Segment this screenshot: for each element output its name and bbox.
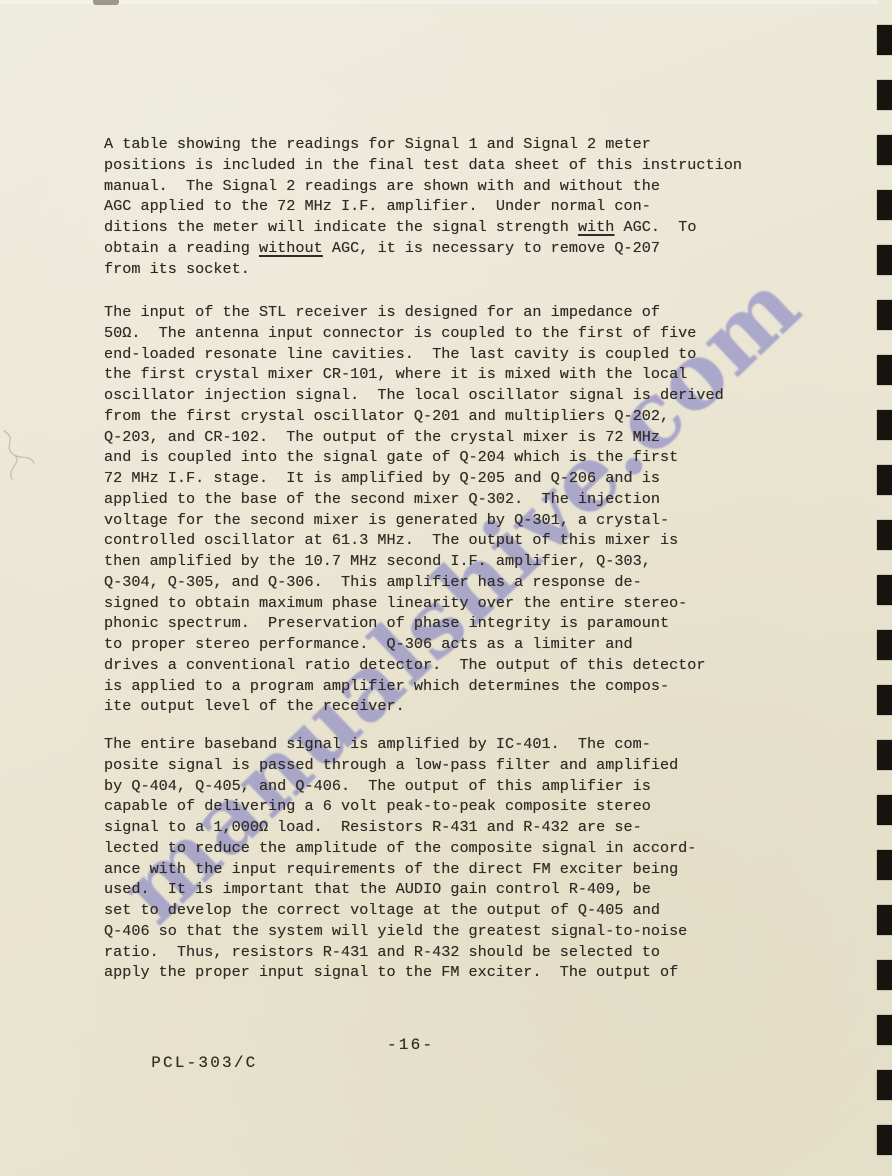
text-line: is applied to a program amplifier which … [104, 676, 764, 697]
binding-mark [877, 465, 892, 495]
line-text: phonic spectrum. Preservation of phase i… [104, 614, 669, 632]
line-text: ditions the meter will indicate the sign… [104, 218, 578, 236]
document-number: PCL-303/C [151, 1054, 257, 1072]
text-line: ratio. Thus, resistors R-431 and R-432 s… [104, 942, 764, 963]
line-text: A table showing the readings for Signal … [104, 135, 651, 153]
text-line: 50Ω. The antenna input connector is coup… [104, 323, 764, 344]
binding-mark [877, 685, 892, 715]
text-line: set to develop the correct voltage at th… [104, 900, 764, 921]
line-text: signal to a 1,000Ω load. Resistors R-431… [104, 818, 642, 836]
line-text: oscillator injection signal. The local o… [104, 386, 724, 404]
paragraph-baseband-signal: The entire baseband signal is amplified … [104, 734, 764, 983]
line-text: ite output level of the receiver. [104, 697, 405, 715]
text-line: the first crystal mixer CR-101, where it… [104, 364, 764, 385]
text-line: ance with the input requirements of the … [104, 859, 764, 880]
paragraph-receiver-input: The input of the STL receiver is designe… [104, 302, 764, 717]
text-line: positions is included in the final test … [104, 155, 764, 176]
text-line: signed to obtain maximum phase linearity… [104, 593, 764, 614]
paragraph-signal-readings: A table showing the readings for Signal … [104, 134, 764, 279]
text-line: from the first crystal oscillator Q-201 … [104, 406, 764, 427]
line-text: end-loaded resonate line cavities. The l… [104, 345, 696, 363]
text-line: voltage for the second mixer is generate… [104, 510, 764, 531]
pencil-squiggle [0, 425, 38, 485]
underlined-word: with [578, 218, 614, 236]
binding-mark [877, 960, 892, 990]
page-content: A table showing the readings for Signal … [0, 0, 892, 1176]
text-line: The input of the STL receiver is designe… [104, 302, 764, 323]
text-line: oscillator injection signal. The local o… [104, 385, 764, 406]
binding-mark [877, 355, 892, 385]
binding-mark [877, 795, 892, 825]
text-line: signal to a 1,000Ω load. Resistors R-431… [104, 817, 764, 838]
underlined-word: without [259, 239, 323, 257]
line-text: 50Ω. The antenna input connector is coup… [104, 324, 696, 342]
line-text: drives a conventional ratio detector. Th… [104, 656, 706, 674]
binding-mark [877, 630, 892, 660]
text-line: lected to reduce the amplitude of the co… [104, 838, 764, 859]
line-text: obtain a reading [104, 239, 259, 257]
line-text: AGC. To [614, 218, 696, 236]
binding-mark [877, 850, 892, 880]
line-text: 72 MHz I.F. stage. It is amplified by Q-… [104, 469, 660, 487]
text-line: The entire baseband signal is amplified … [104, 734, 764, 755]
text-line: Q-304, Q-305, and Q-306. This amplifier … [104, 572, 764, 593]
binding-mark [877, 245, 892, 275]
text-line: Q-203, and CR-102. The output of the cry… [104, 427, 764, 448]
line-text: controlled oscillator at 61.3 MHz. The o… [104, 531, 678, 549]
line-text: the first crystal mixer CR-101, where it… [104, 365, 687, 383]
text-line: from its socket. [104, 259, 764, 280]
binding-mark [877, 410, 892, 440]
line-text: The input of the STL receiver is designe… [104, 303, 660, 321]
line-text: ance with the input requirements of the … [104, 860, 678, 878]
text-line: capable of delivering a 6 volt peak-to-p… [104, 796, 764, 817]
text-line: and is coupled into the signal gate of Q… [104, 447, 764, 468]
binding-mark [877, 190, 892, 220]
page-footer: PCL-303/C -16- [104, 1036, 764, 1062]
line-text: by Q-404, Q-405, and Q-406. The output o… [104, 777, 651, 795]
binding-marks-column [876, 0, 892, 1176]
text-line: AGC applied to the 72 MHz I.F. amplifier… [104, 196, 764, 217]
binding-mark [877, 905, 892, 935]
binding-mark [877, 520, 892, 550]
binding-mark [877, 80, 892, 110]
binding-mark [877, 1125, 892, 1155]
text-line: Q-406 so that the system will yield the … [104, 921, 764, 942]
text-line: end-loaded resonate line cavities. The l… [104, 344, 764, 365]
line-text: from the first crystal oscillator Q-201 … [104, 407, 669, 425]
line-text: then amplified by the 10.7 MHz second I.… [104, 552, 651, 570]
line-text: is applied to a program amplifier which … [104, 677, 669, 695]
binding-mark [877, 25, 892, 55]
text-line: then amplified by the 10.7 MHz second I.… [104, 551, 764, 572]
line-text: The entire baseband signal is amplified … [104, 735, 651, 753]
text-line: ditions the meter will indicate the sign… [104, 217, 764, 238]
line-text: set to develop the correct voltage at th… [104, 901, 660, 919]
line-text: AGC, it is necessary to remove Q-207 [323, 239, 660, 257]
text-line: manual. The Signal 2 readings are shown … [104, 176, 764, 197]
binding-mark [877, 300, 892, 330]
binding-mark [877, 135, 892, 165]
text-line: obtain a reading without AGC, it is nece… [104, 238, 764, 259]
text-line: to proper stereo performance. Q-306 acts… [104, 634, 764, 655]
line-text: from its socket. [104, 260, 250, 278]
text-line: 72 MHz I.F. stage. It is amplified by Q-… [104, 468, 764, 489]
line-text: Q-203, and CR-102. The output of the cry… [104, 428, 660, 446]
line-text: and is coupled into the signal gate of Q… [104, 448, 678, 466]
binding-mark [877, 740, 892, 770]
line-text: AGC applied to the 72 MHz I.F. amplifier… [104, 197, 651, 215]
text-line: ite output level of the receiver. [104, 696, 764, 717]
line-text: apply the proper input signal to the FM … [104, 963, 678, 981]
line-text: lected to reduce the amplitude of the co… [104, 839, 696, 857]
binding-mark [877, 575, 892, 605]
text-line: used. It is important that the AUDIO gai… [104, 879, 764, 900]
text-line: apply the proper input signal to the FM … [104, 962, 764, 983]
text-line: drives a conventional ratio detector. Th… [104, 655, 764, 676]
line-text: to proper stereo performance. Q-306 acts… [104, 635, 633, 653]
line-text: voltage for the second mixer is generate… [104, 511, 669, 529]
line-text: capable of delivering a 6 volt peak-to-p… [104, 797, 651, 815]
text-line: posite signal is passed through a low-pa… [104, 755, 764, 776]
line-text: posite signal is passed through a low-pa… [104, 756, 678, 774]
text-line: by Q-404, Q-405, and Q-406. The output o… [104, 776, 764, 797]
text-line: applied to the base of the second mixer … [104, 489, 764, 510]
line-text: positions is included in the final test … [104, 156, 742, 174]
scanned-manual-page: manualshive.com A table showing the read… [0, 0, 892, 1176]
page-number: -16- [387, 1036, 434, 1054]
scan-smudge [93, 0, 119, 5]
text-line: controlled oscillator at 61.3 MHz. The o… [104, 530, 764, 551]
line-text: Q-406 so that the system will yield the … [104, 922, 687, 940]
binding-mark [877, 1070, 892, 1100]
line-text: manual. The Signal 2 readings are shown … [104, 177, 660, 195]
text-line: phonic spectrum. Preservation of phase i… [104, 613, 764, 634]
line-text: signed to obtain maximum phase linearity… [104, 594, 687, 612]
line-text: applied to the base of the second mixer … [104, 490, 660, 508]
line-text: used. It is important that the AUDIO gai… [104, 880, 651, 898]
text-line: A table showing the readings for Signal … [104, 134, 764, 155]
binding-mark [877, 1015, 892, 1045]
line-text: ratio. Thus, resistors R-431 and R-432 s… [104, 943, 660, 961]
line-text: Q-304, Q-305, and Q-306. This amplifier … [104, 573, 642, 591]
